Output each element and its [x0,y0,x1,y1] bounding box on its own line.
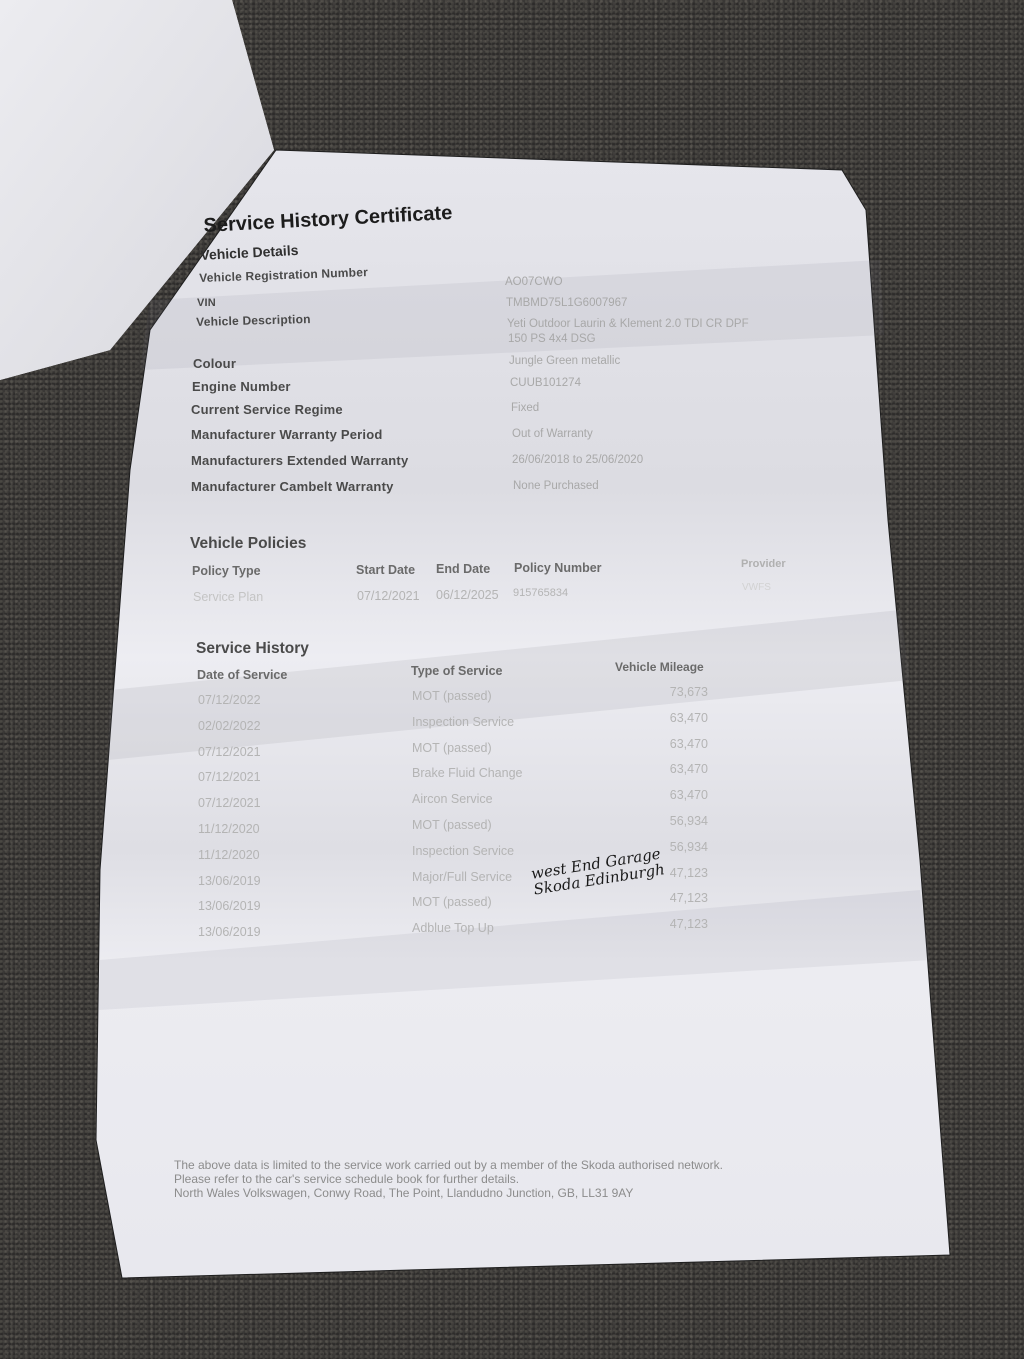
service-mileage: 63,470 [638,762,708,776]
service-type: Inspection Service [412,844,514,858]
field-value-warranty-period: Out of Warranty [512,428,593,440]
field-value-colour: Jungle Green metallic [509,355,620,367]
vehicle-details-heading: Vehicle Details [200,242,299,263]
service-date: 07/12/2022 [198,693,261,707]
footer-line-3: North Wales Volkswagen, Conwy Road, The … [174,1186,723,1200]
vehicle-policies-heading: Vehicle Policies [190,535,306,553]
service-date: 02/02/2022 [198,719,261,733]
policy-number-value: 915765834 [513,587,568,599]
field-value-description: Yeti Outdoor Laurin & Klement 2.0 TDI CR… [507,318,749,330]
history-col-type: Type of Service [411,664,502,678]
field-value-description-line2: 150 PS 4x4 DSG [508,333,596,345]
field-label-service-regime: Current Service Regime [191,402,343,417]
field-label-description: Vehicle Description [196,312,311,329]
field-label-vin: VIN [197,297,216,309]
field-value-engine-number: CUUB101274 [510,377,581,389]
service-date: 07/12/2021 [198,796,261,810]
service-date: 07/12/2021 [198,745,261,759]
field-label-cambelt-warranty: Manufacturer Cambelt Warranty [191,479,394,494]
field-value-service-regime: Fixed [511,402,539,414]
service-type: Major/Full Service [412,870,512,884]
field-label-engine-number: Engine Number [192,379,291,394]
service-history-heading: Service History [196,640,309,658]
handwritten-note: west End Garage Skoda Edinburgh [530,845,666,897]
service-mileage: 47,123 [638,891,708,905]
policy-type-value: Service Plan [193,590,263,604]
service-type: Inspection Service [412,715,514,729]
policy-col-number: Policy Number [514,561,602,575]
footer-disclaimer: The above data is limited to the service… [174,1158,723,1200]
service-mileage: 56,934 [638,814,708,828]
field-label-extended-warranty: Manufacturers Extended Warranty [191,453,408,468]
field-value-extended-warranty: 26/06/2018 to 25/06/2020 [512,454,643,466]
service-mileage: 47,123 [638,917,708,931]
service-type: Brake Fluid Change [412,766,522,780]
service-date: 11/12/2020 [198,848,260,862]
service-type: MOT (passed) [412,895,492,909]
service-type: MOT (passed) [412,741,492,755]
field-label-registration: Vehicle Registration Number [199,265,368,285]
service-type: MOT (passed) [412,689,492,703]
service-history-certificate: Service History Certificate Vehicle Deta… [0,0,1024,1359]
policy-start-date-value: 07/12/2021 [357,589,420,603]
policy-col-end-date: End Date [436,562,490,576]
footer-line-1: The above data is limited to the service… [174,1158,723,1172]
field-value-cambelt-warranty: None Purchased [513,480,599,492]
policy-col-type: Policy Type [192,564,261,578]
service-date: 13/06/2019 [198,925,261,939]
service-mileage: 73,673 [638,685,708,699]
policy-col-start-date: Start Date [356,563,415,577]
service-date: 11/12/2020 [198,822,260,836]
service-mileage: 63,470 [638,788,708,802]
service-date: 13/06/2019 [198,899,261,913]
field-label-colour: Colour [193,356,236,371]
document-title: Service History Certificate [203,202,453,238]
service-type: Aircon Service [412,792,493,806]
policy-col-provider: Provider [741,558,786,570]
service-mileage: 63,470 [638,737,708,751]
service-date: 07/12/2021 [198,770,261,784]
field-label-warranty-period: Manufacturer Warranty Period [191,427,383,442]
service-date: 13/06/2019 [198,874,261,888]
history-col-mileage: Vehicle Mileage [615,660,704,674]
history-col-date: Date of Service [197,668,287,682]
field-value-vin: TMBMD75L1G6007967 [506,297,627,309]
footer-line-2: Please refer to the car's service schedu… [174,1172,723,1186]
policy-end-date-value: 06/12/2025 [436,588,499,602]
field-value-registration: AO07CWO [505,276,563,288]
service-mileage: 63,470 [638,711,708,725]
policy-provider-value: VWFS [742,582,771,593]
service-type: MOT (passed) [412,818,492,832]
service-type: Adblue Top Up [412,921,494,935]
